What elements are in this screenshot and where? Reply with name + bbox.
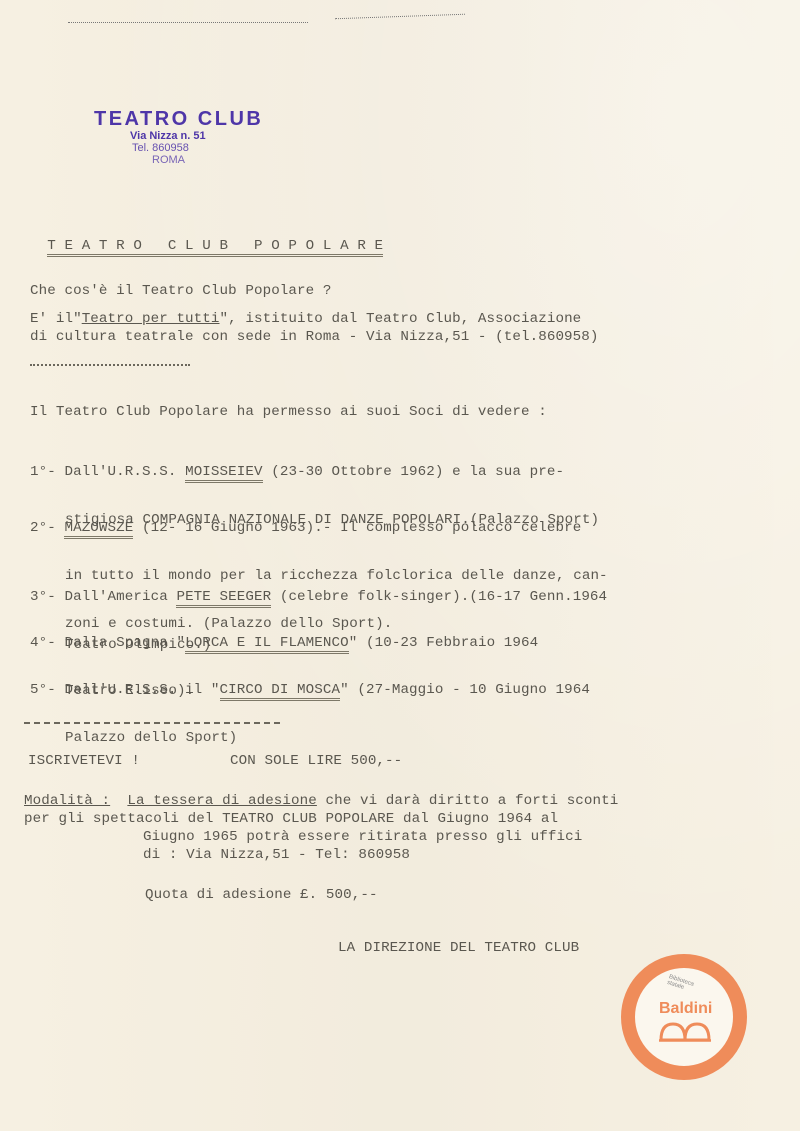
event-name: CIRCO DI MOSCA bbox=[220, 682, 341, 701]
signup-call: ISCRIVETEVI ! bbox=[28, 753, 140, 769]
event-number: 1°- bbox=[30, 464, 56, 480]
event-suffix: (12- 16 Giugno 1963).- Il complesso pola… bbox=[133, 520, 581, 536]
stamp-address: Via Nizza n. 51 bbox=[94, 130, 274, 142]
modalita-line-1: Modalità : La tessera di adesione che vi… bbox=[24, 793, 618, 809]
tessera-text: La tessera di adesione bbox=[127, 793, 317, 809]
event-number: 4°- bbox=[30, 635, 56, 651]
event-prefix: Dall'U.R.S.S. bbox=[64, 464, 185, 480]
stamp-phone: Tel. 860958 bbox=[94, 142, 274, 154]
open-book-icon bbox=[659, 1022, 711, 1042]
event-name: MOISSEIEV bbox=[185, 464, 263, 483]
heading-text: T E A T R O C L U B P O P O L A R E bbox=[47, 238, 383, 257]
logo-wordmark: Baldini bbox=[659, 1000, 712, 1018]
top-scribble bbox=[68, 22, 308, 23]
modalita-label: Modalità : bbox=[24, 793, 110, 809]
event-suffix: (23-30 Ottobre 1962) e la sua pre- bbox=[263, 464, 565, 480]
teatro-club-stamp: TEATRO CLUB Via Nizza n. 51 Tel. 860958 … bbox=[94, 108, 274, 166]
intro-line-2: di cultura teatrale con sede in Roma - V… bbox=[30, 329, 599, 345]
quota: Quota di adesione £. 500,-- bbox=[145, 887, 378, 903]
event-number: 5°- bbox=[30, 682, 56, 698]
baldini-logo: Biblioteca statale Baldini bbox=[621, 954, 747, 1080]
modalita-line-4: di : Via Nizza,51 - Tel: 860958 bbox=[143, 847, 410, 863]
divider-short bbox=[30, 364, 190, 366]
modalita-line-3: Giugno 1965 potrà essere ritirata presso… bbox=[143, 829, 582, 845]
question: Che cos'è il Teatro Club Popolare ? bbox=[30, 283, 332, 299]
intro-prefix: E' il" bbox=[30, 311, 82, 327]
intro-line-1: E' il"Teatro per tutti", istituito dal T… bbox=[30, 311, 581, 327]
intro-suffix: ", istituito dal Teatro Club, Associazio… bbox=[220, 311, 582, 327]
events-intro: Il Teatro Club Popolare ha permesso ai s… bbox=[30, 404, 547, 420]
modalita-line-2: per gli spettacoli del TEATRO CLUB POPOL… bbox=[24, 811, 558, 827]
stamp-city: ROMA bbox=[94, 154, 274, 166]
divider-long bbox=[24, 722, 280, 724]
stamp-title: TEATRO CLUB bbox=[94, 108, 274, 131]
event-prefix: Dall'U.R.S.S. il " bbox=[64, 682, 219, 698]
event-name: MAZOWSZE bbox=[64, 520, 133, 539]
signup-price: CON SOLE LIRE 500,-- bbox=[230, 753, 402, 769]
document-heading: T E A T R O C L U B P O P O L A R E bbox=[30, 222, 383, 254]
event-suffix: " (27-Maggio - 10 Giugno 1964 bbox=[340, 682, 590, 698]
event-prefix: Dalla Spagna " bbox=[64, 635, 185, 651]
event-line-2: Palazzo dello Sport) bbox=[30, 730, 590, 746]
teatro-per-tutti: Teatro per tutti bbox=[82, 311, 220, 327]
event-5: 5°- Dall'U.R.S.S. il "CIRCO DI MOSCA" (2… bbox=[30, 650, 590, 762]
event-number: 2°- bbox=[30, 520, 56, 536]
top-scribble-2 bbox=[335, 14, 465, 20]
event-suffix: " (10-23 Febbraio 1964 bbox=[349, 635, 539, 651]
modalita-rest: che vi darà diritto a forti sconti bbox=[317, 793, 619, 809]
signature: LA DIREZIONE DEL TEATRO CLUB bbox=[338, 940, 579, 956]
